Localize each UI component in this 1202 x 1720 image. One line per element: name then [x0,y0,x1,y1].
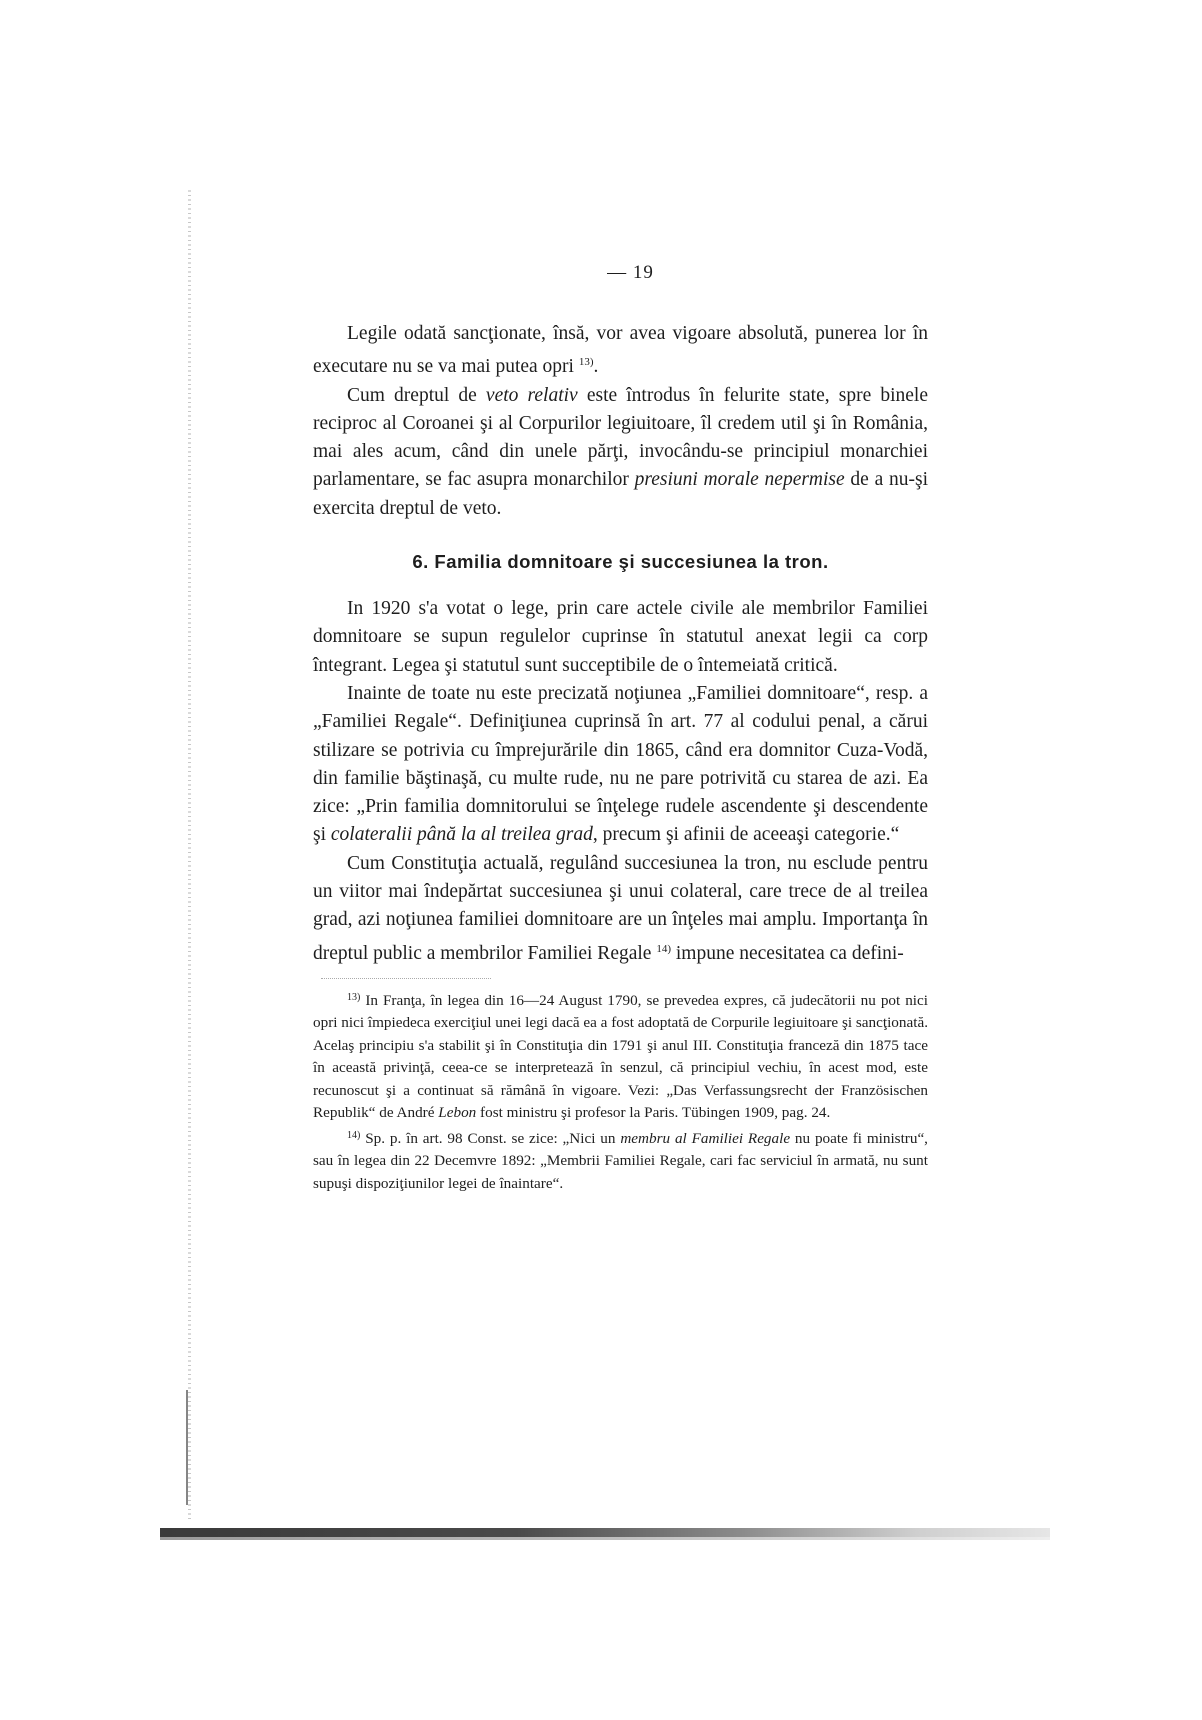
paragraph-constitutia: Cum Constituţia actuală, regulând succes… [313,850,928,968]
footnote-ref-13[interactable]: 13) [579,356,594,368]
footnote-mark: 13) [347,992,360,1003]
footnote-mark: 14) [347,1130,360,1141]
footnote-text: In Franţa, în legea din 16—24 August 179… [313,992,928,1122]
footnote-ref-14[interactable]: 14) [656,943,671,955]
footnotes: 13) In Franţa, în legea din 16—24 August… [313,987,928,1196]
page-number: — 19 [333,262,928,284]
italic-author-lebon: Lebon [438,1104,476,1121]
paragraph-text: Inainte de toate nu este precizată noţiu… [313,683,928,845]
footnote-text-end: fost ministru şi profesor la Paris. Tübi… [476,1104,830,1121]
paragraph-text: Legile odată sancţionate, însă, vor avea… [313,323,928,377]
footnote-separator [321,978,491,979]
paragraph-text-end: . [594,356,599,377]
scan-margin-line [186,1390,188,1505]
scan-edge-bar [160,1528,1050,1537]
italic-term-membru: membru al Familiei Regale [620,1130,790,1147]
footnote-14: 14) Sp. p. în art. 98 Const. se zice: „N… [313,1125,928,1196]
italic-term-presiuni: presiuni morale nepermise [635,469,845,490]
paragraph-veto: Cum dreptul de veto relativ este întrodu… [313,382,928,523]
body-text-section: In 1920 s'a votat o lege, prin care acte… [313,595,928,968]
italic-term-veto-relativ: veto relativ [486,385,578,406]
paragraph-text-end: impune necesitatea ca defini- [671,943,904,964]
footnote-text: Sp. p. în art. 98 Const. se zice: „Nici … [360,1130,620,1147]
paragraph-notiunea: Inainte de toate nu este precizată noţiu… [313,680,928,850]
section-heading: 6. Familia domnitoare şi succesiunea la … [313,551,928,573]
scan-margin-speckle [188,190,191,1520]
body-text-top: Legile odată sancţionate, însă, vor avea… [313,320,928,523]
paragraph-text-end: , precum şi afinii de aceeaşi categorie.… [593,824,899,845]
document-page: — 19 Legile odată sancţionate, însă, vor… [313,262,928,1195]
paragraph-lege-1920: In 1920 s'a votat o lege, prin care acte… [313,595,928,680]
paragraph-legile: Legile odată sancţionate, însă, vor avea… [313,320,928,382]
footnote-13: 13) In Franţa, în legea din 16—24 August… [313,987,928,1125]
italic-term-colateralii: colateralii până la al treilea grad [331,824,593,845]
scan-edge-shadow [160,1537,1050,1540]
paragraph-text: Cum dreptul de [347,385,486,406]
